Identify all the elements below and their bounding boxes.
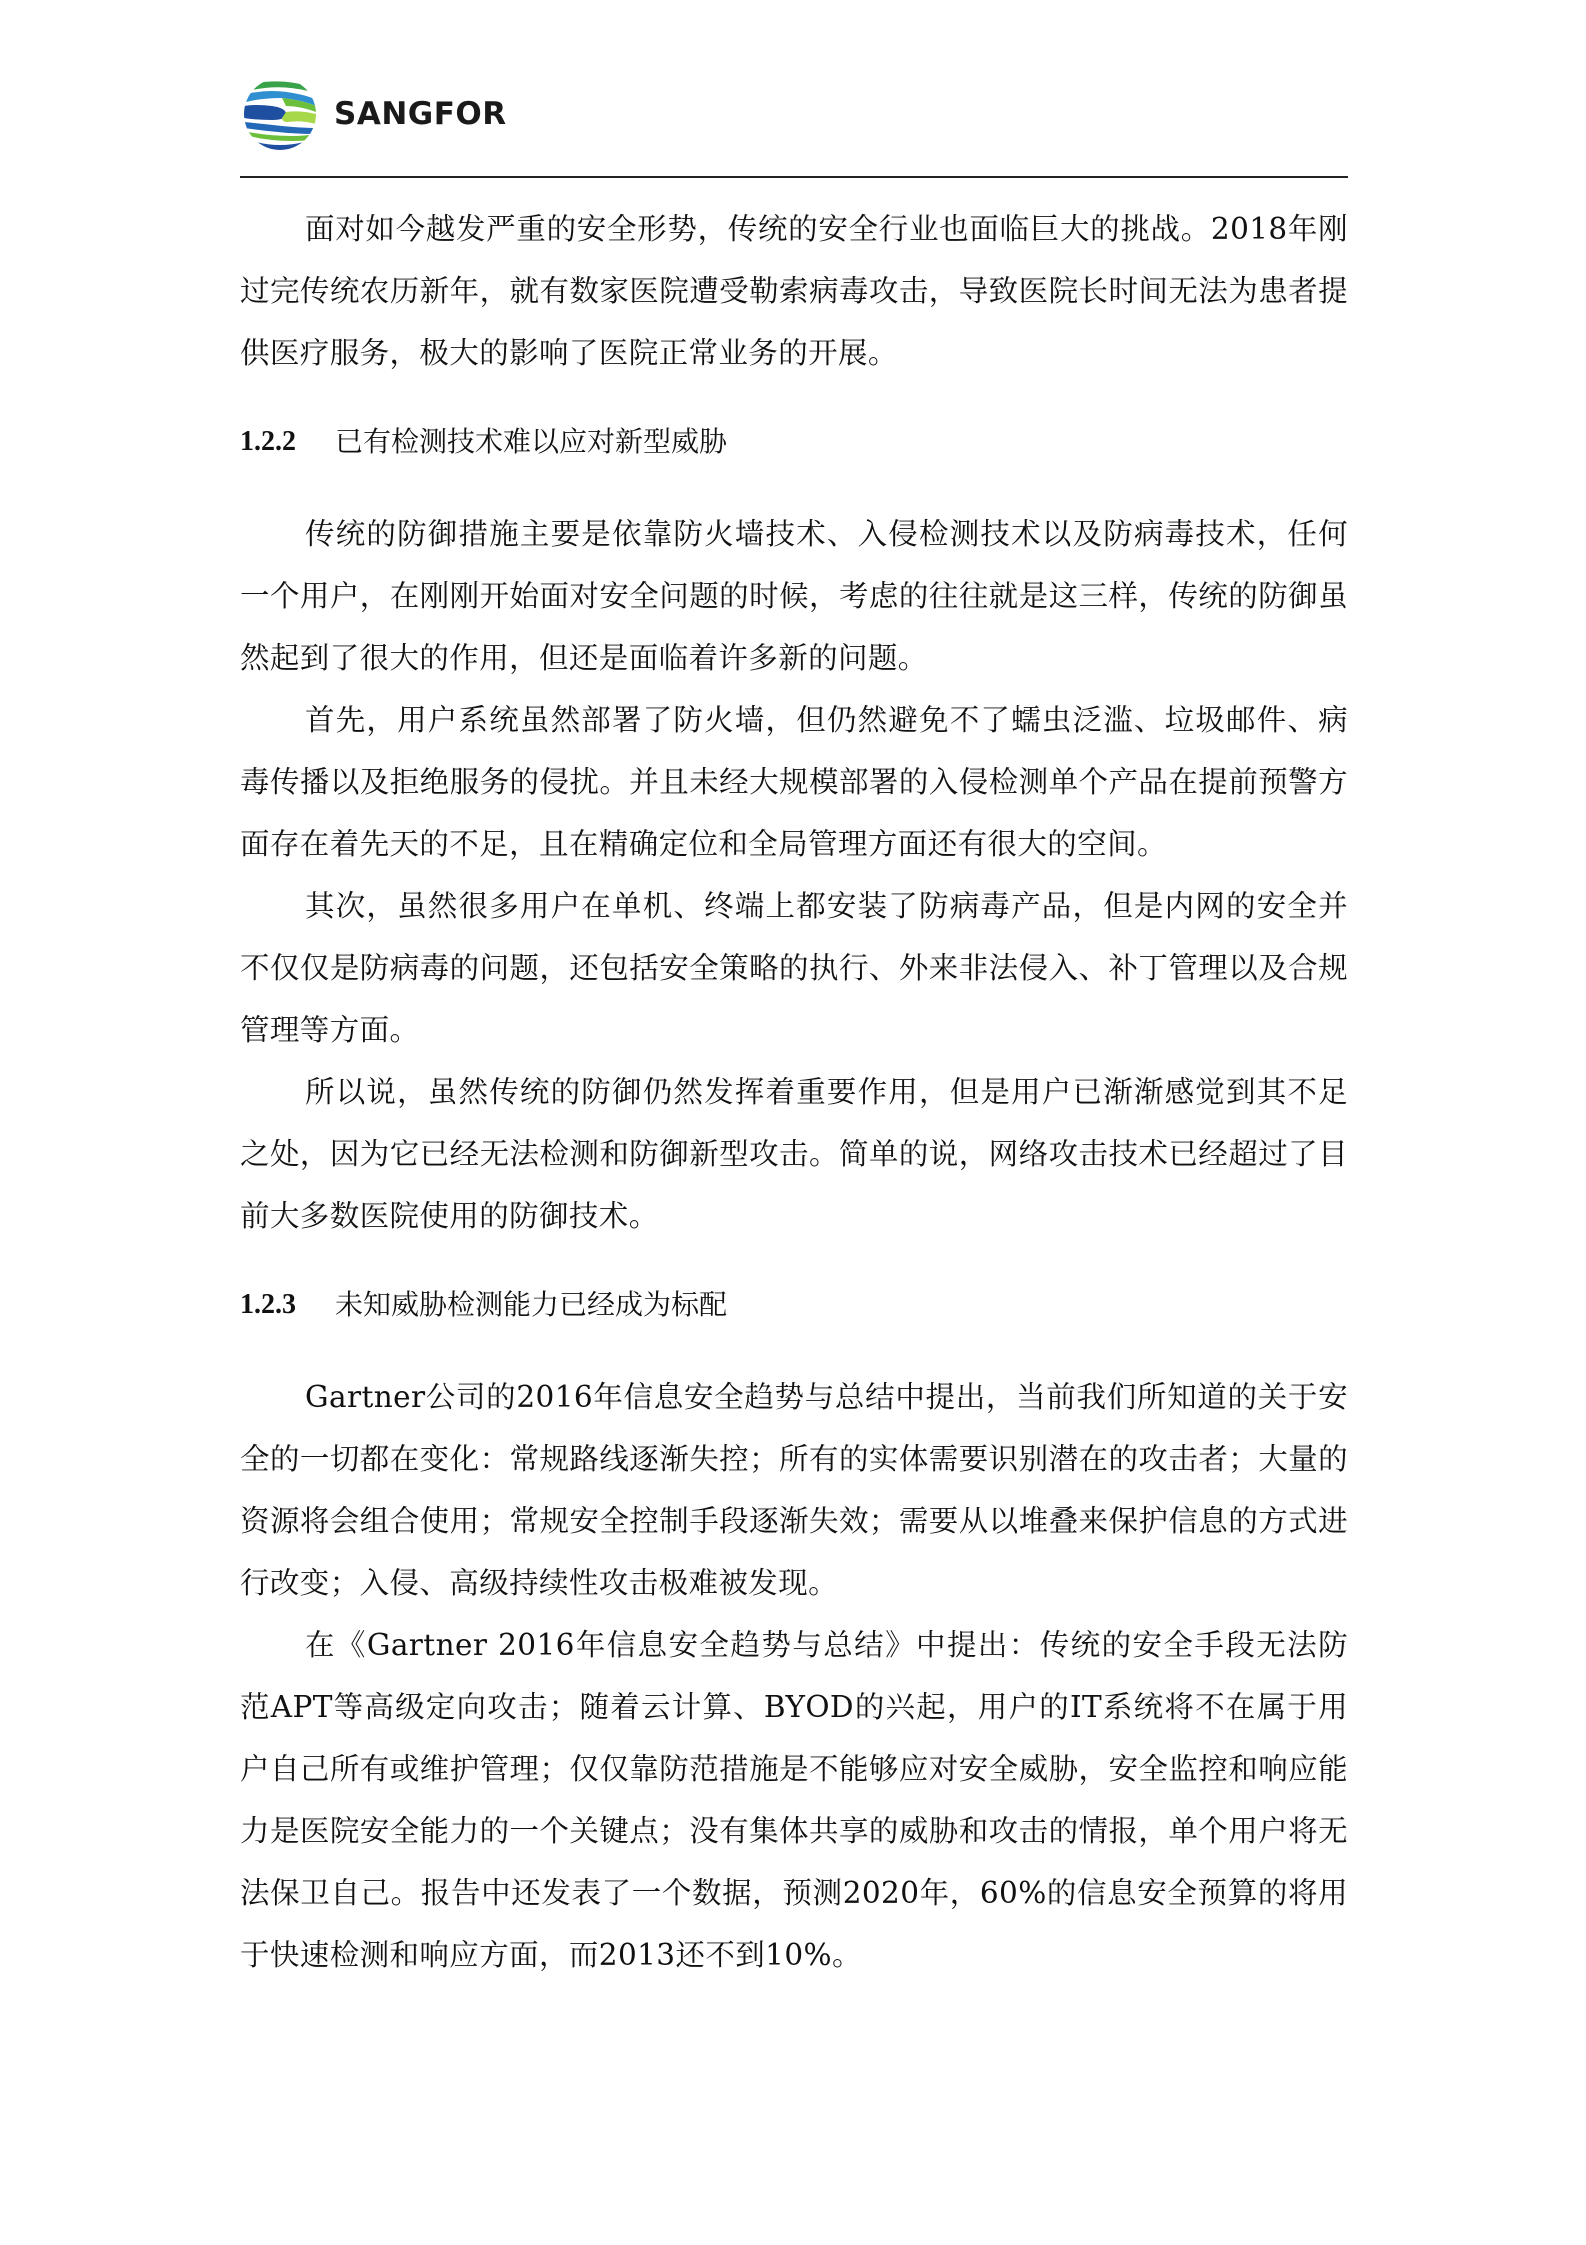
header-divider	[240, 176, 1348, 178]
globe-logo-icon	[242, 76, 318, 152]
section-title: 已有检测技术难以应对新型威胁	[335, 411, 727, 473]
section-heading-1-2-2: 1.2.2 已有检测技术难以应对新型威胁	[240, 411, 1348, 473]
paragraph: 其次，虽然很多用户在单机、终端上都安装了防病毒产品，但是内网的安全并不仅仅是防病…	[240, 875, 1348, 1061]
intro-paragraph: 面对如今越发严重的安全形势，传统的安全行业也面临巨大的挑战。2018年刚过完传统…	[240, 198, 1348, 384]
paragraph: 传统的防御措施主要是依靠防火墙技术、入侵检测技术以及防病毒技术，任何一个用户，在…	[240, 503, 1348, 689]
sangfor-logo: SANGFOR	[242, 76, 507, 152]
page-header: SANGFOR	[240, 70, 1348, 178]
paragraph: 所以说，虽然传统的防御仍然发挥着重要作用，但是用户已渐渐感觉到其不足之处，因为它…	[240, 1061, 1348, 1247]
document-body: 面对如今越发严重的安全形势，传统的安全行业也面临巨大的挑战。2018年刚过完传统…	[240, 198, 1348, 1986]
logo-wordmark: SANGFOR	[334, 96, 507, 132]
section-title: 未知威胁检测能力已经成为标配	[335, 1274, 727, 1336]
section-heading-1-2-3: 1.2.3 未知威胁检测能力已经成为标配	[240, 1274, 1348, 1336]
section-number: 1.2.3	[240, 1274, 335, 1336]
paragraph: Gartner公司的2016年信息安全趋势与总结中提出，当前我们所知道的关于安全…	[240, 1366, 1348, 1614]
paragraph: 首先，用户系统虽然部署了防火墙，但仍然避免不了蠕虫泛滥、垃圾邮件、病毒传播以及拒…	[240, 689, 1348, 875]
paragraph: 在《Gartner 2016年信息安全趋势与总结》中提出：传统的安全手段无法防范…	[240, 1614, 1348, 1986]
section-number: 1.2.2	[240, 411, 335, 473]
